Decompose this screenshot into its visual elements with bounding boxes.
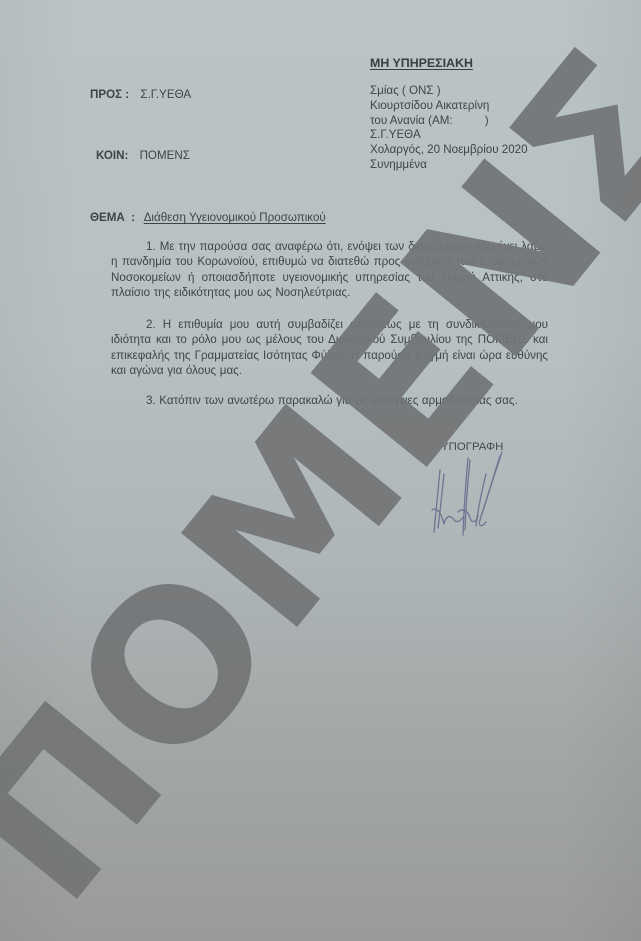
signature-icon [428, 450, 538, 540]
sender-unit: Σ.Γ.ΥΕΘΑ [370, 128, 528, 143]
paragraph-3-text: 3. Κατόπιν των ανωτέρω παρακαλώ για τις … [146, 394, 518, 407]
recipient-value: Σ.Γ.ΥΕΘΑ [140, 88, 191, 101]
sender-father-and-id: του Ανανία (ΑΜ: ) [370, 114, 528, 129]
cc-line: ΚΟΙΝ: ΠΟΜΕΝΣ [96, 148, 190, 163]
cc-label: ΚΟΙΝ: [96, 149, 128, 162]
paragraph-1-text: 1. Με την παρούσα σας αναφέρω ότι, ενόψε… [111, 240, 548, 299]
letter-document: ΜΗ ΥΠΗΡΕΣΙΑΚΗ ΠΡΟΣ : Σ.Γ.ΥΕΘΑ ΚΟΙΝ: ΠΟΜΕ… [0, 0, 641, 941]
cc-value: ΠΟΜΕΝΣ [140, 149, 190, 162]
paragraph-2: 2. Η επιθυμία μου αυτή συμβαδίζει απολύτ… [111, 317, 548, 378]
sender-block: Σμίας ( ΟΝΣ ) Κιουρτσίδου Αικατερίνη του… [370, 84, 528, 173]
paragraph-2-text: 2. Η επιθυμία μου αυτή συμβαδίζει απολύτ… [111, 318, 548, 377]
sender-place-date: Χολαργός, 20 Νοεμβρίου 2020 [370, 143, 528, 158]
sender-name: Κιουρτσίδου Αικατερίνη [370, 99, 528, 114]
paragraph-1: 1. Με την παρούσα σας αναφέρω ότι, ενόψε… [111, 239, 548, 300]
recipient-line: ΠΡΟΣ : Σ.Γ.ΥΕΘΑ [90, 87, 191, 102]
subject-value: Διάθεση Υγειονομικού Προσωπικού [144, 211, 326, 224]
paragraph-3: 3. Κατόπιν των ανωτέρω παρακαλώ για τις … [111, 393, 548, 408]
sender-rank: Σμίας ( ΟΝΣ ) [370, 84, 528, 99]
subject-label: ΘΕΜΑ : [90, 211, 135, 224]
classification-heading: ΜΗ ΥΠΗΡΕΣΙΑΚΗ [370, 56, 473, 71]
sender-attachments: Συνημμένα [370, 158, 528, 173]
recipient-label: ΠΡΟΣ : [90, 88, 129, 101]
subject-line: ΘΕΜΑ : Διάθεση Υγειονομικού Προσωπικού [90, 210, 326, 225]
